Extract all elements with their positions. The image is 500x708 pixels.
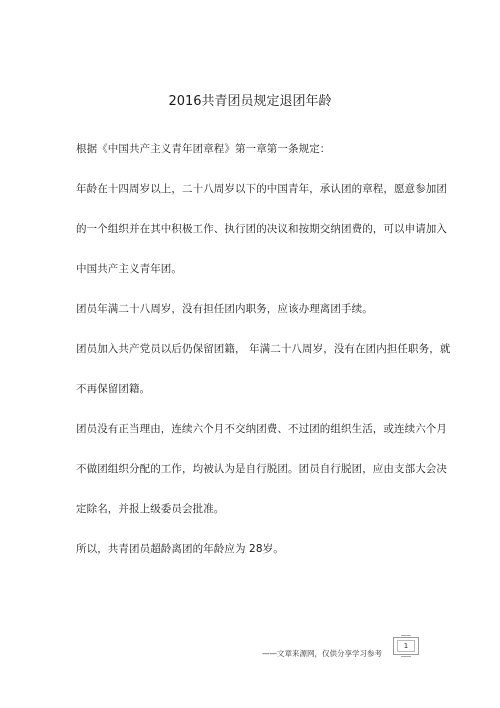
paragraph-line: 定除名，并报上级委员会批准。: [76, 501, 224, 516]
paragraph-line: 团员加入共产党员以后仍保留团籍， 年满二十八周岁，没有在团内担任职务，就: [76, 341, 450, 356]
paragraph-line: 根据《中国共产主义青年团章程》第一章第一条规定：: [76, 141, 330, 156]
page-number-badge: 1: [393, 637, 419, 655]
paragraph-line: 的一个组织并在其中积极工作、执行团的决议和按期交纳团费的，可以申请加入: [76, 221, 447, 236]
paragraph-line: 团员年满二十八周岁，没有担任团内职务，应该办理离团手续。: [76, 301, 373, 316]
paragraph-line: 不再保留团籍。: [76, 381, 150, 396]
footer-note: ——文章来源网，仅供分享学习参考: [262, 648, 382, 659]
paragraph-line: 团员没有正当理由，连续六个月不交纳团费、不过团的组织生活，或连续六个月: [76, 421, 447, 436]
page-title: 2016共青团员规定退团年龄: [0, 90, 500, 109]
paragraph-line: 不做团组织分配的工作，均被认为是自行脱团。团员自行脱团，应由支部大会决: [76, 461, 447, 476]
paragraph-line: 中国共产主义青年团。: [76, 261, 182, 276]
paragraph-line: 所以，共青团员超龄离团的年龄应为 28岁。: [76, 541, 284, 556]
page-number: 1: [404, 642, 408, 650]
paragraph-line: 年龄在十四周岁以上，二十八周岁以下的中国青年，承认团的章程，愿意参加团: [76, 181, 447, 196]
